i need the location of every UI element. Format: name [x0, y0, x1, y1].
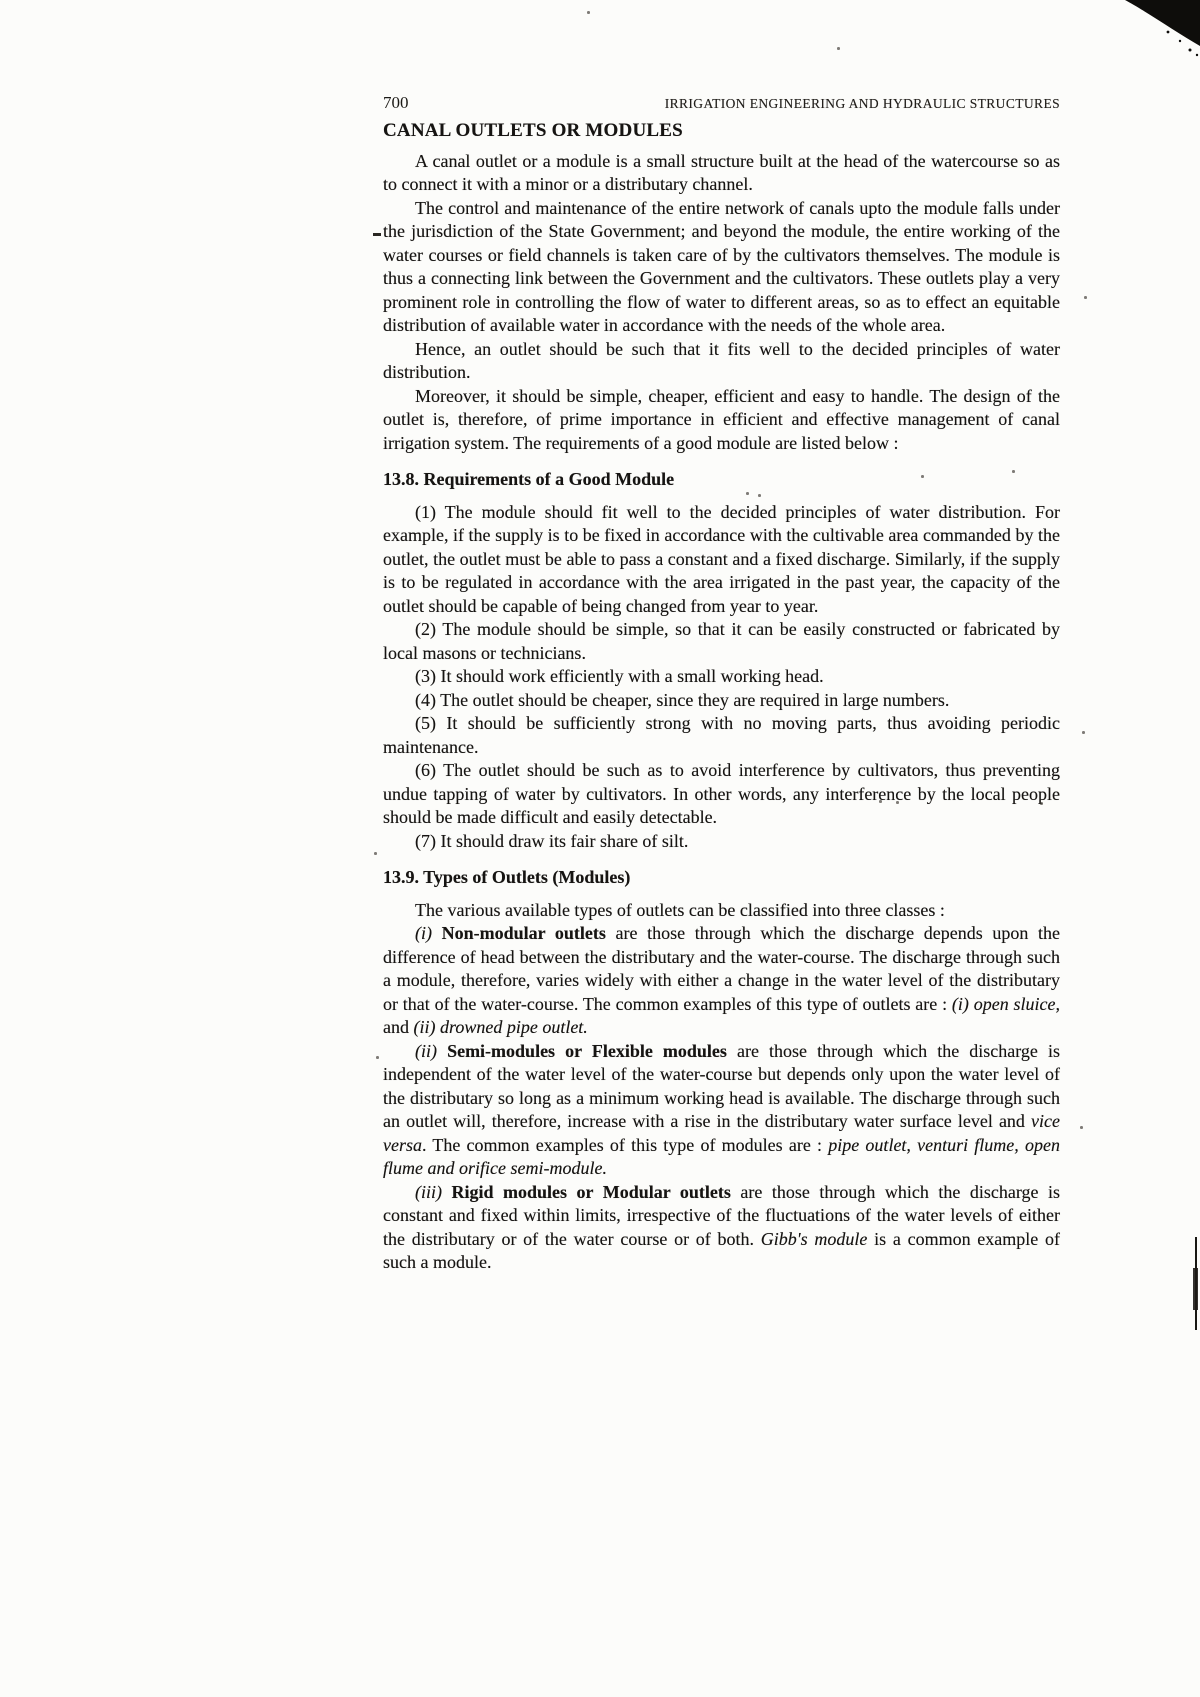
- paragraph-16: (ii) Semi-modules or Flexible modules ar…: [383, 1040, 1060, 1181]
- paragraph-11: (6) The outlet should be such as to avoi…: [383, 759, 1060, 830]
- text-run: The various available types of outlets c…: [415, 900, 945, 920]
- scan-artifact-edge-blob: [1193, 1268, 1198, 1310]
- text-run: (ii): [415, 1041, 447, 1061]
- scan-speck: [587, 11, 590, 14]
- text-run: CANAL OUTLETS OR MODULES: [383, 120, 683, 141]
- text-run: (i) open sluice,: [952, 994, 1060, 1014]
- text-run: The control and maintenance of the entir…: [383, 198, 1060, 336]
- text-run: (iii): [415, 1182, 452, 1202]
- scan-speck: [1012, 470, 1015, 473]
- text-run: Semi-modules or Flexible modules: [447, 1041, 727, 1061]
- paragraph-1: A canal outlet or a module is a small st…: [383, 150, 1060, 197]
- text-run: Rigid modules or Modular outlets: [452, 1182, 731, 1202]
- section-heading-13: 13.9. Types of Outlets (Modules): [383, 866, 1060, 890]
- text-run: . The common examples of this type of mo…: [422, 1135, 828, 1155]
- page-header: 700 IRRIGATION ENGINEERING AND HYDRAULIC…: [383, 93, 1060, 113]
- paragraph-6: (1) The module should fit well to the de…: [383, 501, 1060, 619]
- text-run: Moreover, it should be simple, cheaper, …: [383, 386, 1060, 453]
- text-run: (i): [415, 923, 442, 943]
- paragraph-12: (7) It should draw its fair share of sil…: [383, 830, 1060, 854]
- text-run: (6) The outlet should be such as to avoi…: [383, 760, 1060, 827]
- text-run: (3) It should work efficiently with a sm…: [415, 666, 824, 686]
- paragraph-17: (iii) Rigid modules or Modular outlets a…: [383, 1181, 1060, 1275]
- section-heading-5: 13.8. Requirements of a Good Module: [383, 468, 1060, 492]
- scan-speck: [921, 475, 924, 478]
- text-run: Non-modular outlets: [442, 923, 606, 943]
- text-run: (5) It should be sufficiently strong wit…: [383, 713, 1060, 757]
- scanned-book-page: 700 IRRIGATION ENGINEERING AND HYDRAULIC…: [0, 0, 1200, 1697]
- paragraph-8: (3) It should work efficiently with a sm…: [383, 665, 1060, 689]
- paragraph-4: Moreover, it should be simple, cheaper, …: [383, 385, 1060, 456]
- paragraph-15: (i) Non-modular outlets are those throug…: [383, 922, 1060, 1040]
- text-run: (1) The module should fit well to the de…: [383, 502, 1060, 616]
- text-run: Hence, an outlet should be such that it …: [383, 339, 1060, 383]
- scan-speck: [1082, 731, 1085, 734]
- scan-speck: [837, 47, 840, 50]
- paragraph-2: The control and maintenance of the entir…: [383, 197, 1060, 338]
- scan-speck: [746, 492, 749, 495]
- text-run: (2) The module should be simple, so that…: [383, 619, 1060, 663]
- scan-speck: [879, 800, 882, 803]
- text-run: (ii) drowned pipe outlet.: [414, 1017, 588, 1037]
- paragraph-9: (4) The outlet should be cheaper, since …: [383, 689, 1060, 713]
- text-run: A canal outlet or a module is a small st…: [383, 151, 1060, 195]
- scan-speck: [758, 494, 761, 497]
- text-run: Gibb's module: [761, 1229, 868, 1249]
- scan-speck: [1080, 1126, 1083, 1129]
- text-run: 13.8. Requirements of a Good Module: [383, 469, 674, 489]
- scan-speck: [896, 801, 899, 804]
- scan-artifact-corner-fold: [1122, 0, 1200, 60]
- scan-speck: [1040, 802, 1043, 805]
- scan-speck: [376, 1056, 379, 1059]
- text-run: (7) It should draw its fair share of sil…: [415, 831, 688, 851]
- paragraph-3: Hence, an outlet should be such that it …: [383, 338, 1060, 385]
- scan-artifact-margin-dash: [373, 233, 381, 236]
- page-body: CANAL OUTLETS OR MODULESA canal outlet o…: [383, 119, 1060, 1275]
- text-run: 13.9. Types of Outlets (Modules): [383, 867, 630, 887]
- running-title: IRRIGATION ENGINEERING AND HYDRAULIC STR…: [665, 96, 1060, 112]
- paragraph-10: (5) It should be sufficiently strong wit…: [383, 712, 1060, 759]
- paragraph-14: The various available types of outlets c…: [383, 899, 1060, 923]
- chapter-heading-0: CANAL OUTLETS OR MODULES: [383, 119, 1060, 143]
- scan-speck: [374, 852, 377, 855]
- text-run: (4) The outlet should be cheaper, since …: [415, 690, 949, 710]
- paragraph-7: (2) The module should be simple, so that…: [383, 618, 1060, 665]
- scan-speck: [1084, 296, 1087, 299]
- page-number: 700: [383, 93, 409, 113]
- text-run: and: [383, 1017, 414, 1037]
